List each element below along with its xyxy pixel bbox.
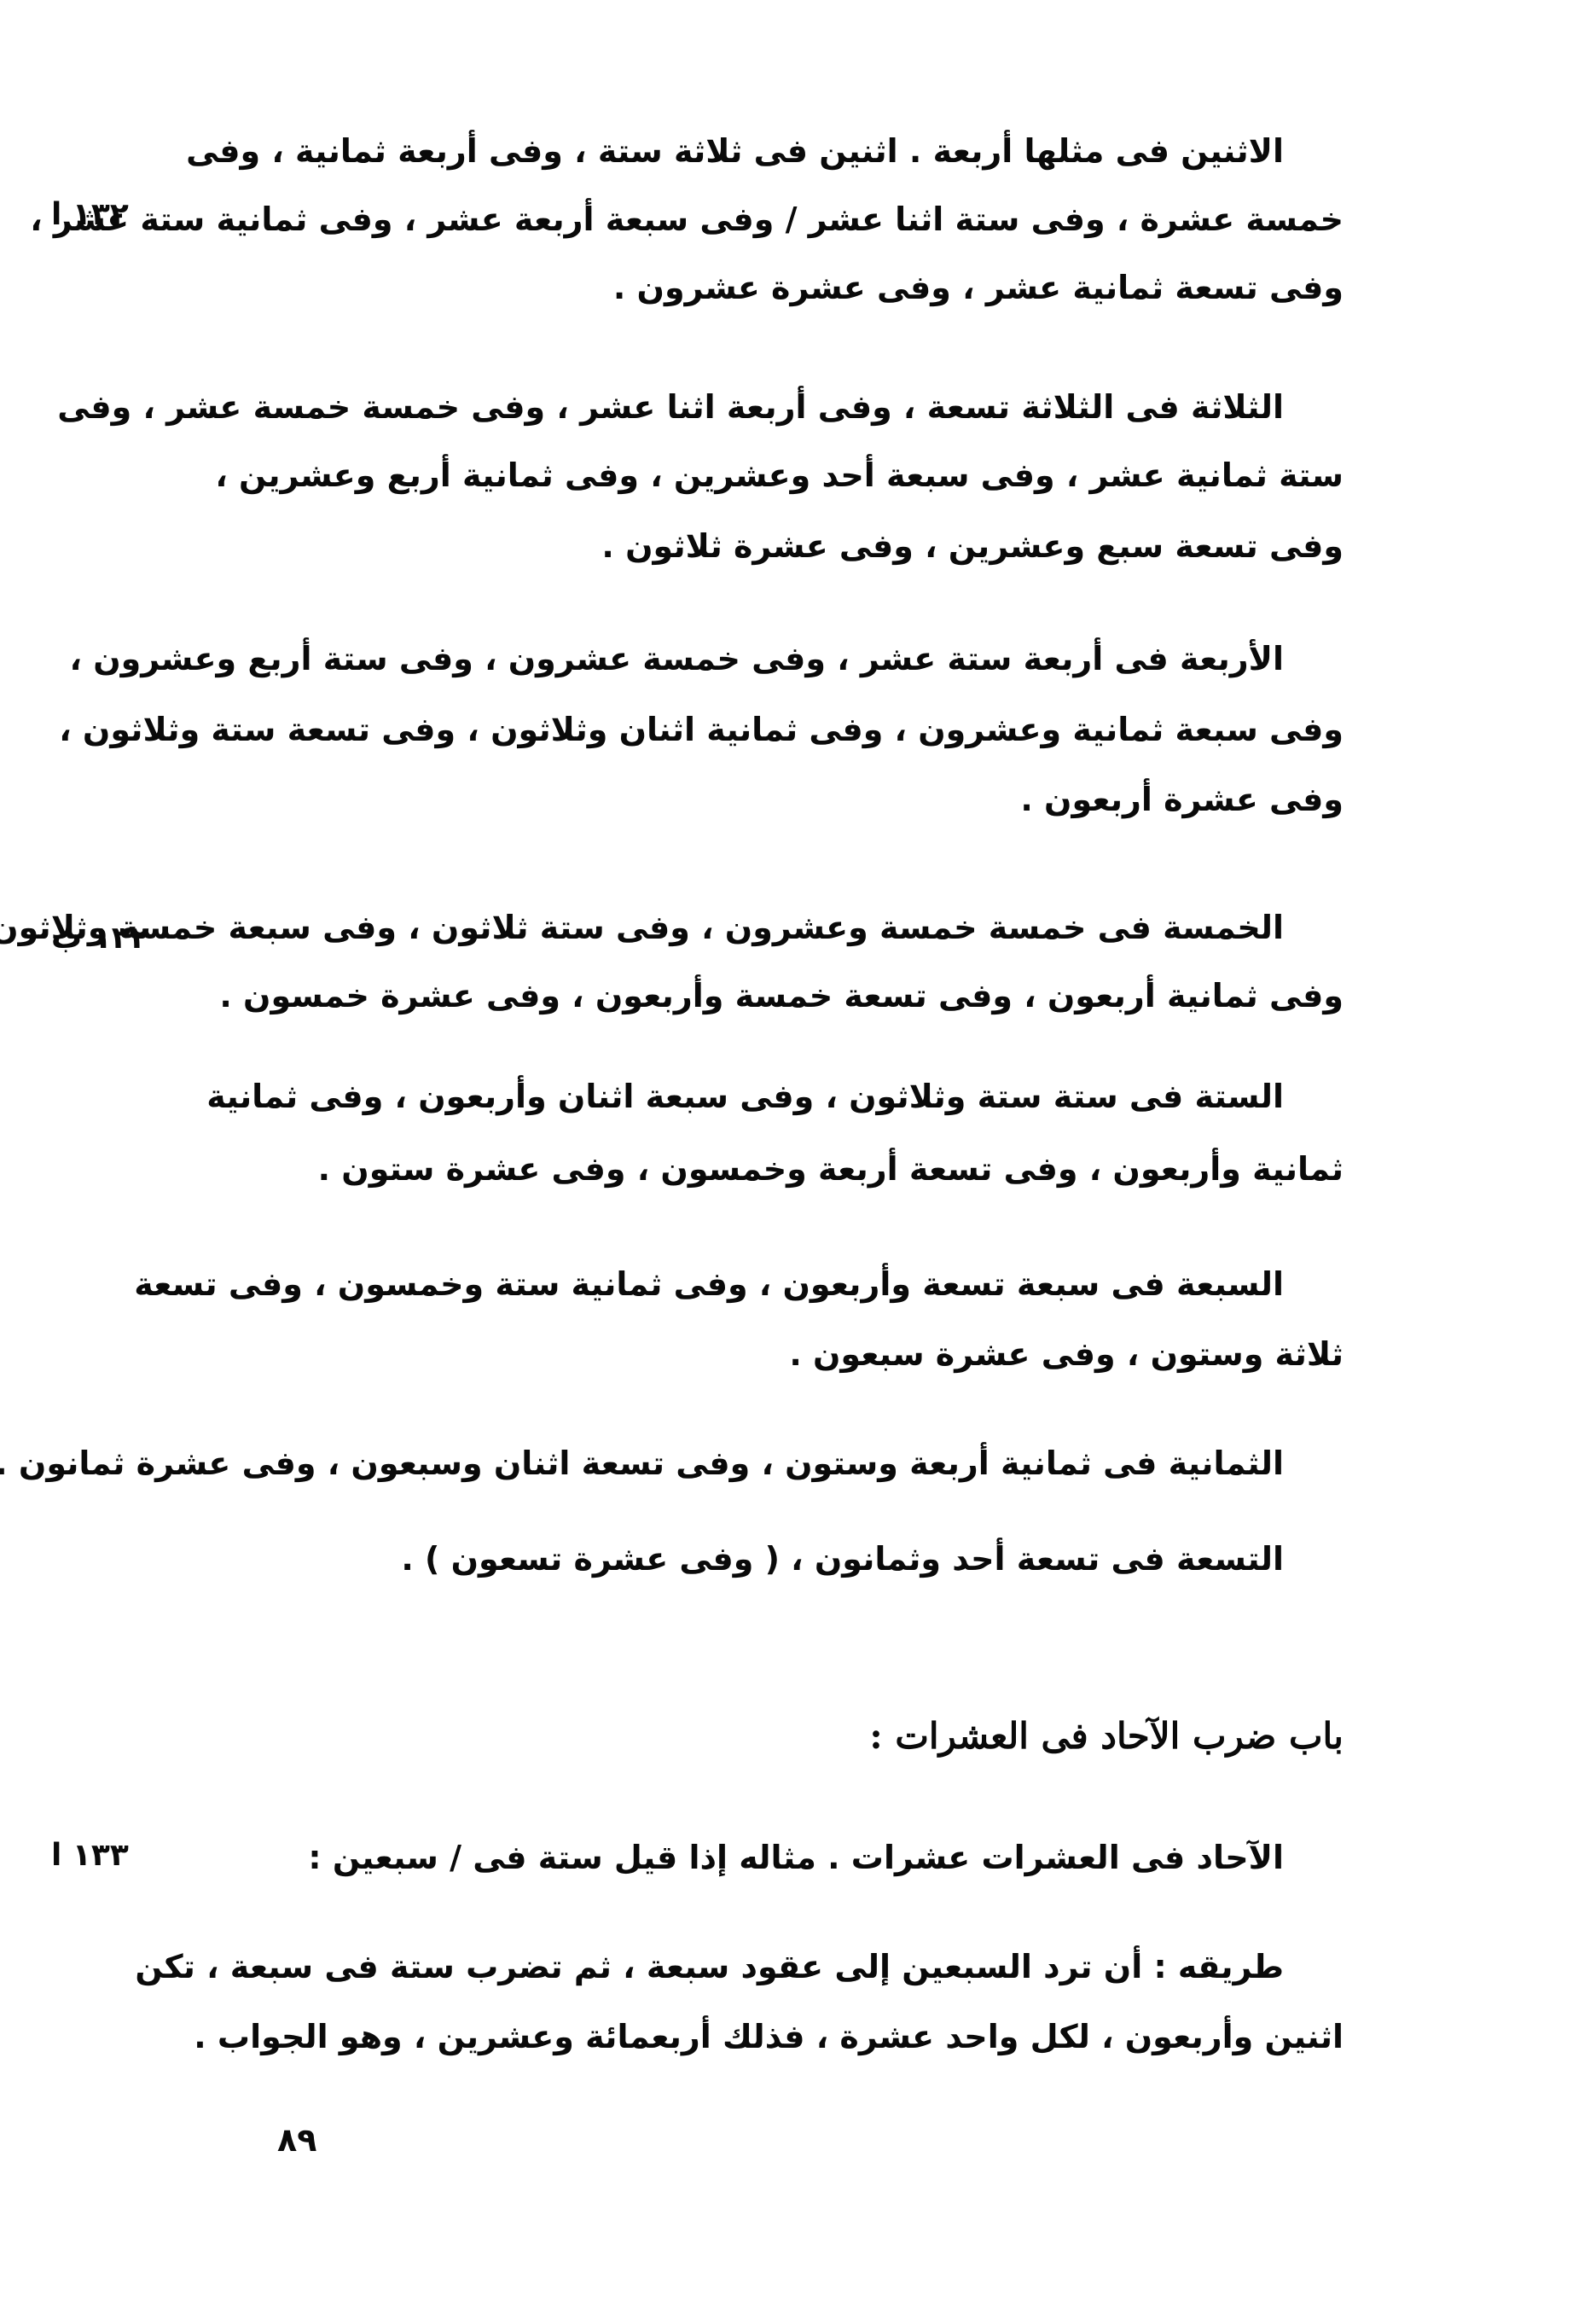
paragraph-2-line-2: ستة ثمانية عشر ، وفى سبعة أحد وعشرين ، و… xyxy=(246,441,1344,509)
paragraph-1-line-2: خمسة عشرة ، وفى ستة اثنا عشر / وفى سبعة … xyxy=(246,185,1344,253)
paragraph-4-line-1: الخمسة فى خمسة خمسة وعشرون ، وفى ستة ثلا… xyxy=(246,893,1284,962)
paragraph-6-line-2: ثلاثة وستون ، وفى عشرة سبعون . xyxy=(246,1320,1344,1388)
margin-folio-note: ١٣٢ ا xyxy=(51,189,188,241)
paragraph-7-line-1: الثمانية فى ثمانية أربعة وستون ، وفى تسع… xyxy=(246,1429,1284,1497)
margin-folio-note: ١٣٢ ب xyxy=(51,913,188,964)
page-number: ٨٩ xyxy=(277,2114,345,2165)
section-paragraph-2-line-1: طريقه : أن ترد السبعين إلى عقود سبعة ، ث… xyxy=(246,1933,1284,2001)
paragraph-8-line-1: التسعة فى تسعة أحد وثمانون ، ( وفى عشرة … xyxy=(246,1525,1284,1593)
paragraph-2-line-3: وفى تسعة سبع وعشرين ، وفى عشرة ثلاثون . xyxy=(246,512,1344,580)
paragraph-1-line-1: الاثنين فى مثلها أربعة . اثنين فى ثلاثة … xyxy=(246,117,1284,185)
paragraph-5-line-2: ثمانية وأربعون ، وفى تسعة أربعة وخمسون ،… xyxy=(246,1135,1344,1203)
paragraph-1-line-3: وفى تسعة ثمانية عشر ، وفى عشرة عشرون . xyxy=(246,253,1344,322)
section-paragraph-1-line-1: الآحاد فى العشرات عشرات . مثاله إذا قيل … xyxy=(246,1823,1284,1892)
section-paragraph-2-line-2: اثنين وأربعون ، لكل واحد عشرة ، فذلك أرب… xyxy=(246,2003,1344,2071)
paragraph-2-line-1: الثلاثة فى الثلاثة تسعة ، وفى أربعة اثنا… xyxy=(246,373,1284,441)
margin-folio-note: ١٣٣ ا xyxy=(51,1830,188,1881)
paragraph-6-line-1: السبعة فى سبعة تسعة وأربعون ، وفى ثمانية… xyxy=(246,1250,1284,1318)
paragraph-3-line-1: الأربعة فى أربعة ستة عشر ، وفى خمسة عشرو… xyxy=(246,625,1284,693)
section-heading: باب ضرب الآحاد فى العشرات : xyxy=(597,1698,1344,1775)
paragraph-4-line-2: وفى ثمانية أربعون ، وفى تسعة خمسة وأربعو… xyxy=(246,962,1344,1030)
paragraph-5-line-1: الستة فى ستة ستة وثلاثون ، وفى سبعة اثنا… xyxy=(246,1062,1284,1131)
book-page: الاثنين فى مثلها أربعة . اثنين فى ثلاثة … xyxy=(0,0,1596,2302)
paragraph-3-line-3: وفى عشرة أربعون . xyxy=(246,765,1344,834)
paragraph-3-line-2: وفى سبعة ثمانية وعشرون ، وفى ثمانية اثنا… xyxy=(246,695,1344,764)
